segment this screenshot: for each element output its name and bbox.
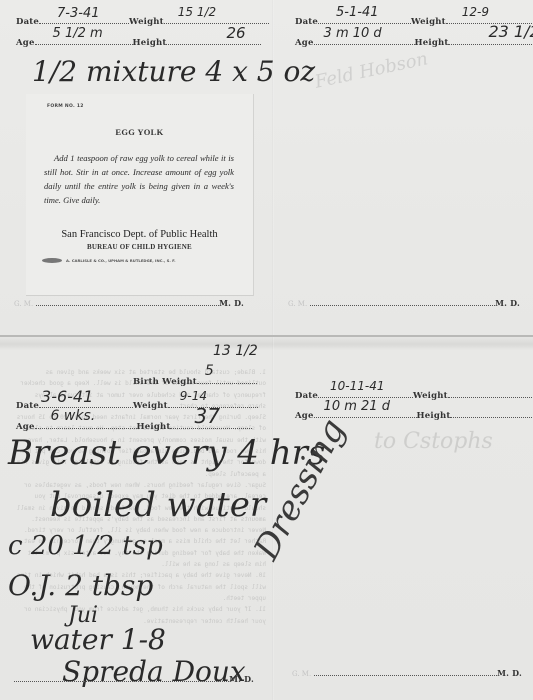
date-value: 5-1-41 <box>336 5 378 20</box>
age-label: Age <box>295 411 314 421</box>
weight-value: 15 1/2 <box>178 5 216 19</box>
printer-imprint: A. CARLISLE & CO., UPHAM & RUTLEDGE, INC… <box>42 258 176 263</box>
handwritten-line: O.J. 2 tbsp <box>8 569 153 602</box>
birth-weight-label: Birth Weight <box>133 377 197 387</box>
printer-name: A. CARLISLE & CO., UPHAM & RUTLEDGE, INC… <box>66 258 176 263</box>
bleed-through-signature: Feld Hobson <box>313 48 430 92</box>
date-field: 5-1-41 <box>318 15 411 24</box>
date-value: 3-6-41 <box>41 387 93 406</box>
physician-signature-line: M. D. <box>14 674 254 684</box>
handwritten-line: c 20 1/2 tsp <box>8 531 163 561</box>
height-label: Height <box>417 411 451 421</box>
weight-label: Weight <box>413 391 448 401</box>
weight-field: 15 1/2 <box>164 15 269 24</box>
age-label: Age <box>295 38 314 48</box>
record-panel-top-left: Date 7-3-41 Weight 15 1/2 Age 5 1/2 m He… <box>0 0 272 335</box>
height-field <box>450 409 533 418</box>
weight-label: Weight <box>129 17 164 27</box>
bureau-name: BUREAU OF CHILD HYGIENE <box>26 243 253 251</box>
department-name: San Francisco Dept. of Public Health <box>26 229 253 240</box>
birth-weight-ounces: 13 1/2 <box>213 343 258 359</box>
height-field: 26 <box>166 36 261 45</box>
age-height-row: Age 6 wks. Height 37 <box>16 420 252 432</box>
birth-weight-row: Birth Weight 5 <box>133 375 257 387</box>
height-label: Height <box>137 422 171 432</box>
weight-value: 9-14 <box>180 389 207 403</box>
date-label: Date <box>16 401 39 411</box>
record-panel-top-right: Date 5-1-41 Weight 12-9 Age 3 m 10 d Hei… <box>274 0 533 335</box>
physician-signature-line: G. M. M. D. <box>288 298 520 308</box>
egg-yolk-instruction-card: FORM NO. 12 EGG YOLK Add 1 teaspoon of r… <box>26 94 254 296</box>
age-value: 5 1/2 m <box>53 26 103 41</box>
card-title: EGG YOLK <box>26 127 253 137</box>
md-label: M. D. <box>219 298 244 308</box>
age-field: 5 1/2 m <box>35 36 133 45</box>
height-field: 23 1/2 <box>448 36 533 45</box>
weight-value: 12-9 <box>462 5 489 19</box>
age-label: Age <box>16 38 35 48</box>
bleed-through-handwriting: to Cstophs <box>374 429 493 454</box>
md-label: M. D. <box>497 668 522 678</box>
record-panel-bottom-left: 1. Blade; custard should be started at s… <box>0 337 272 700</box>
signature-field <box>314 669 497 676</box>
handwritten-line: water 1-8 <box>30 623 166 656</box>
age-label: Age <box>16 422 35 432</box>
union-label-icon <box>42 258 62 263</box>
weight-field <box>448 389 533 398</box>
physician-signature-line: G. M. M. D. <box>14 298 244 308</box>
height-field: 37 <box>170 420 252 429</box>
signature-field <box>14 675 229 682</box>
record-panel-bottom-right: Date 10-11-41 Weight Age 10 m 21 d Heigh… <box>274 337 533 700</box>
age-height-row: Age 5 1/2 m Height 26 <box>16 36 261 48</box>
date-value: 10-11-41 <box>330 379 384 393</box>
handwritten-line: boiled water <box>50 485 266 525</box>
signature-field <box>310 299 495 306</box>
birth-weight-field: 5 <box>197 375 257 384</box>
height-label: Height <box>415 38 449 48</box>
height-value: 23 1/2 <box>488 22 533 41</box>
card-instructions: Add 1 teaspoon of raw egg yolk to cereal… <box>44 151 234 207</box>
date-field: 10-11-41 <box>318 389 413 398</box>
age-value: 10 m 21 d <box>324 399 390 414</box>
weight-label: Weight <box>411 17 446 27</box>
height-value: 37 <box>194 404 219 428</box>
signature-field <box>36 299 219 306</box>
age-field: 10 m 21 d <box>314 409 417 418</box>
birth-weight-value: 5 <box>205 363 214 379</box>
md-label: M. D. <box>495 298 520 308</box>
date-value: 7-3-41 <box>57 6 99 21</box>
age-value: 6 wks. <box>51 408 96 424</box>
date-label: Date <box>16 17 39 27</box>
date-field: 3-6-41 <box>39 399 133 408</box>
date-field: 7-3-41 <box>39 15 129 24</box>
date-label: Date <box>295 391 318 401</box>
date-label: Date <box>295 17 318 27</box>
age-field: 6 wks. <box>35 420 137 429</box>
height-value: 26 <box>226 24 245 42</box>
md-label: M. D. <box>229 674 254 684</box>
age-height-row: Age 3 m 10 d Height 23 1/2 <box>295 36 533 48</box>
form-number: FORM NO. 12 <box>47 104 84 109</box>
scanned-document-page: Date 7-3-41 Weight 15 1/2 Age 5 1/2 m He… <box>0 0 533 700</box>
physician-signature-line: G. M. M. D. <box>292 668 522 678</box>
age-field: 3 m 10 d <box>314 36 415 45</box>
weight-label: Weight <box>133 401 168 411</box>
age-value: 3 m 10 d <box>324 26 382 41</box>
handwritten-feeding-note: 1/2 mixture 4 x 5 oz <box>32 55 315 88</box>
height-label: Height <box>133 38 167 48</box>
